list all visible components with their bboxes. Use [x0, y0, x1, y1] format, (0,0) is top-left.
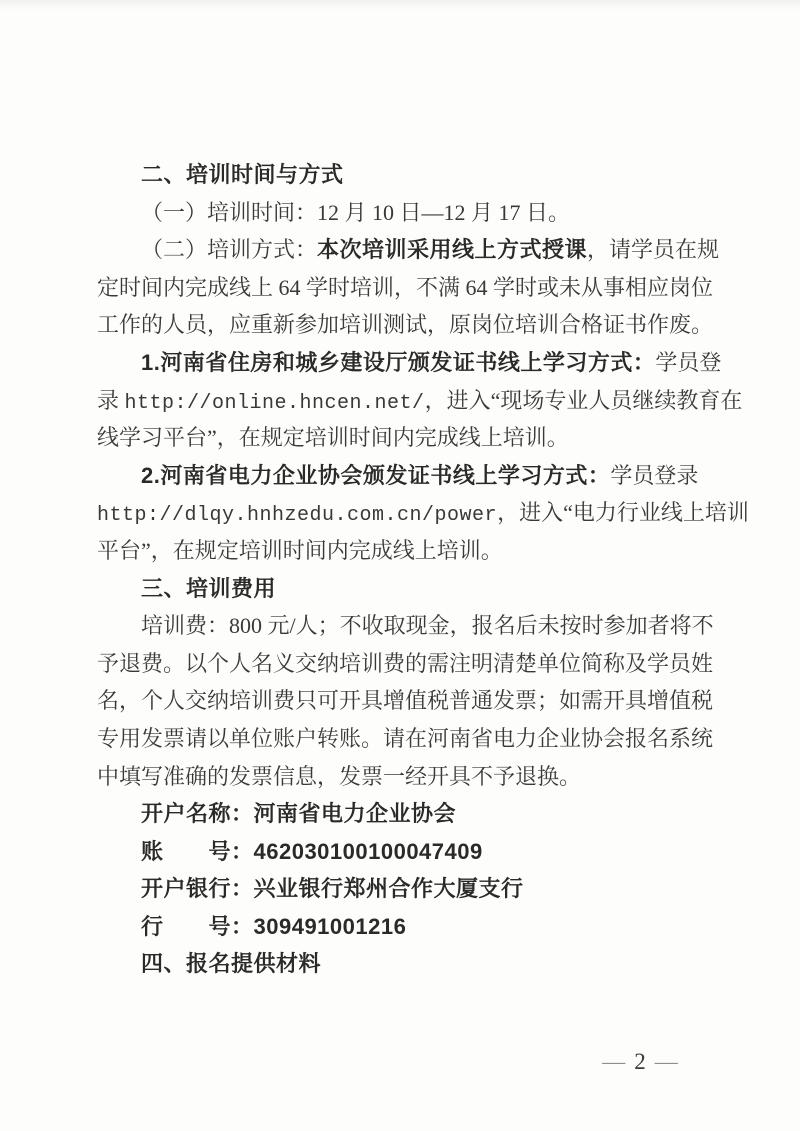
page-footer: —2— — [565, 1048, 715, 1076]
text-segment: 专用发票请以单位账户转账。请在河南省电力企业协会报名系统 — [97, 726, 713, 751]
text-line: 开户名称：河南省电力企业协会 — [97, 795, 711, 833]
text-segment: 予退费。以个人名义交纳培训费的需注明清楚单位简称及学员姓 — [97, 651, 713, 676]
text-segment: 平台”，在规定培训时间内完成线上培训。 — [97, 538, 503, 563]
text-line: 工作的人员，应重新参加培训测试，原岗位培训合格证书作废。 — [97, 306, 711, 344]
text-line: 开户银行：兴业银行郑州合作大厦支行 — [97, 870, 711, 908]
text-line: 四、报名提供材料 — [97, 945, 711, 983]
text-segment: 行 号：309491001216 — [141, 914, 406, 939]
text-segment: （一）培训时间：12 月 10 日—12 月 17 日。 — [141, 200, 570, 225]
text-line: 专用发票请以单位账户转账。请在河南省电力企业协会报名系统 — [97, 720, 711, 758]
text-line: 三、培训费用 — [97, 570, 711, 608]
url-text: http://dlqy.hnhzedu.com.cn/power — [97, 504, 497, 527]
text-line: http://dlqy.hnhzedu.com.cn/power，进入“电力行业… — [97, 494, 711, 532]
text-segment: 二、培训时间与方式 — [141, 162, 344, 187]
text-segment: 三、培训费用 — [141, 576, 276, 601]
text-line: 中填写准确的发票信息，发票一经开具不予退换。 — [97, 758, 711, 796]
text-block: 二、培训时间与方式（一）培训时间：12 月 10 日—12 月 17 日。（二）… — [97, 156, 711, 983]
text-segment: 2.河南省电力企业协会颁发证书线上学习方式： — [141, 463, 610, 488]
url-text: http://online.hncen.net/ — [125, 392, 425, 415]
text-line: （二）培训方式：本次培训采用线上方式授课，请学员在规 — [97, 231, 711, 269]
text-segment: 培训费：800 元/人；不收取现金，报名后未按时参加者将不 — [141, 613, 714, 638]
footer-right-dash: — — [655, 1049, 678, 1074]
text-segment: 工作的人员，应重新参加培训测试，原岗位培训合格证书作废。 — [97, 312, 713, 337]
text-line: 录 http://online.hncen.net/，进入“现场专业人员继续教育… — [97, 382, 711, 420]
text-line: 线学习平台”，在规定培训时间内完成线上培训。 — [97, 419, 711, 457]
text-segment: 开户银行：兴业银行郑州合作大厦支行 — [141, 876, 524, 901]
page-number: 2 — [634, 1049, 646, 1074]
footer-left-dash: — — [602, 1049, 625, 1074]
text-segment: 名，个人交纳培训费只可开具增值税普通发票；如需开具增值税 — [97, 688, 713, 713]
text-segment: 录 — [97, 388, 125, 413]
text-segment: 定时间内完成线上 64 学时培训，不满 64 学时或未从事相应岗位 — [97, 275, 713, 300]
text-segment: 开户名称：河南省电力企业协会 — [141, 801, 456, 826]
text-segment: 1.河南省住房和城乡建设厅颁发证书线上学习方式： — [141, 350, 655, 375]
text-line: 名，个人交纳培训费只可开具增值税普通发票；如需开具增值税 — [97, 682, 711, 720]
text-segment: 线学习平台”，在规定培训时间内完成线上培训。 — [97, 425, 569, 450]
text-segment: 本次培训采用线上方式授课 — [317, 237, 587, 262]
text-segment: ，进入“电力行业线上培训 — [497, 500, 749, 525]
text-segment: 学员登 — [655, 350, 721, 375]
text-segment: （二）培训方式： — [141, 237, 317, 262]
text-segment: 账 号：462030100100047409 — [141, 839, 483, 864]
text-segment: ，进入“现场专业人员继续教育在 — [425, 388, 743, 413]
text-line: 行 号：309491001216 — [97, 908, 711, 946]
text-line: 2.河南省电力企业协会颁发证书线上学习方式：学员登录 — [97, 457, 711, 495]
text-segment: 四、报名提供材料 — [141, 951, 321, 976]
document-page: 二、培训时间与方式（一）培训时间：12 月 10 日—12 月 17 日。（二）… — [0, 0, 800, 1131]
text-line: 定时间内完成线上 64 学时培训，不满 64 学时或未从事相应岗位 — [97, 269, 711, 307]
text-line: 1.河南省住房和城乡建设厅颁发证书线上学习方式：学员登 — [97, 344, 711, 382]
text-segment: ，请学员在规 — [587, 237, 719, 262]
text-segment: 中填写准确的发票信息，发票一经开具不予退换。 — [97, 764, 581, 789]
text-line: （一）培训时间：12 月 10 日—12 月 17 日。 — [97, 194, 711, 232]
text-line: 二、培训时间与方式 — [97, 156, 711, 194]
text-line: 平台”，在规定培训时间内完成线上培训。 — [97, 532, 711, 570]
text-segment: 学员登录 — [610, 463, 698, 488]
text-line: 予退费。以个人名义交纳培训费的需注明清楚单位简称及学员姓 — [97, 645, 711, 683]
text-line: 账 号：462030100100047409 — [97, 833, 711, 871]
text-line: 培训费：800 元/人；不收取现金，报名后未按时参加者将不 — [97, 607, 711, 645]
